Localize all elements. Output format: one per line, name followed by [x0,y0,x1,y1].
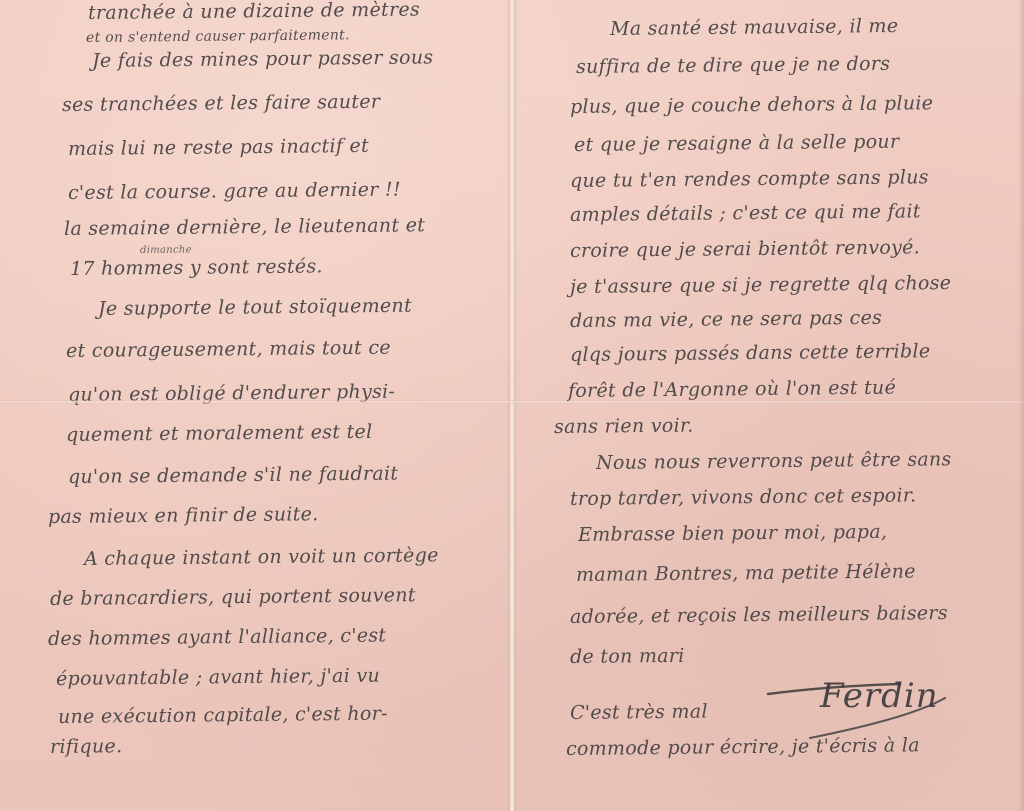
right-line-15: Embrasse bien pour moi, papa, [578,521,888,546]
right-line-8: je t'assure que si je regrette qlq chose [570,272,952,298]
right-line-4: et que je resaigne à la selle pour [574,131,900,156]
interlinear-note: dimanche [140,244,192,256]
left-line-5: mais lui ne reste pas inactif et [68,135,369,160]
left-line-3: Je fais des mines pour passer sous [92,46,434,72]
left-line-19: une exécution capitale, c'est hor- [58,703,388,728]
right-line-5: que tu t'en rendes compte sans plus [570,166,929,192]
left-line-1: tranchée à une dizaine de mètres [88,0,420,24]
right-line-12: sans rien voir. [554,415,694,438]
right-line-9: dans ma vie, ce ne sera pas ces [570,307,882,332]
right-line-7: croire que je serai bientôt renvoyé. [570,236,920,262]
left-line-8: 17 hommes y sont restés. [70,255,323,280]
right-line-17: adorée, et reçois les meilleurs baisers [570,602,948,628]
right-line-11: forêt de l'Argonne où l'on est tué [568,377,896,402]
left-line-4: ses tranchées et les faire sauter [62,91,380,116]
left-line-20: rifique. [50,735,123,758]
left-line-16: de brancardiers, qui portent souvent [50,584,416,610]
left-line-9: Je supporte le tout stoïquement [98,295,412,320]
left-line-7: la semaine dernière, le lieutenant et [64,214,425,240]
signature: Ferdin [760,672,960,752]
left-line-2: et on s'entend causer parfaitement. [86,27,350,46]
right-line-2: suffira de te dire que je ne dors [576,53,890,78]
left-line-6: c'est la course. gare au dernier !! [68,179,401,204]
right-line-3: plus, que je couche dehors à la pluie [570,92,934,118]
right-line-10: qlqs jours passés dans cette terrible [570,340,931,366]
right-line-16: maman Bontres, ma petite Hélène [576,560,916,586]
letter-paper: tranchée à une dizaine de mètres et on s… [0,0,1024,811]
right-line-1: Ma santé est mauvaise, il me [610,15,899,40]
left-line-12: quement et moralement est tel [66,421,373,446]
left-line-15: A chaque instant on voit un cortège [84,544,439,570]
right-line-6: amples détails ; c'est ce qui me fait [570,200,921,226]
right-line-18: de ton mari [570,645,685,668]
left-line-17: des hommes ayant l'alliance, c'est [48,624,387,650]
right-line-13: Nous nous reverrons peut être sans [596,448,952,474]
left-line-13: qu'on se demande s'il ne faudrait [68,463,398,488]
left-line-14: pas mieux en finir de suite. [48,503,319,528]
postscript-line-1: C'est très mal [570,701,708,724]
left-line-10: et courageusement, mais tout ce [66,337,391,362]
right-line-14: trop tarder, vivons donc cet espoir. [570,484,917,510]
signature-text: Ferdin [820,676,939,716]
left-line-18: épouvantable ; avant hier, j'ai vu [56,665,380,690]
left-page: tranchée à une dizaine de mètres et on s… [0,0,510,811]
